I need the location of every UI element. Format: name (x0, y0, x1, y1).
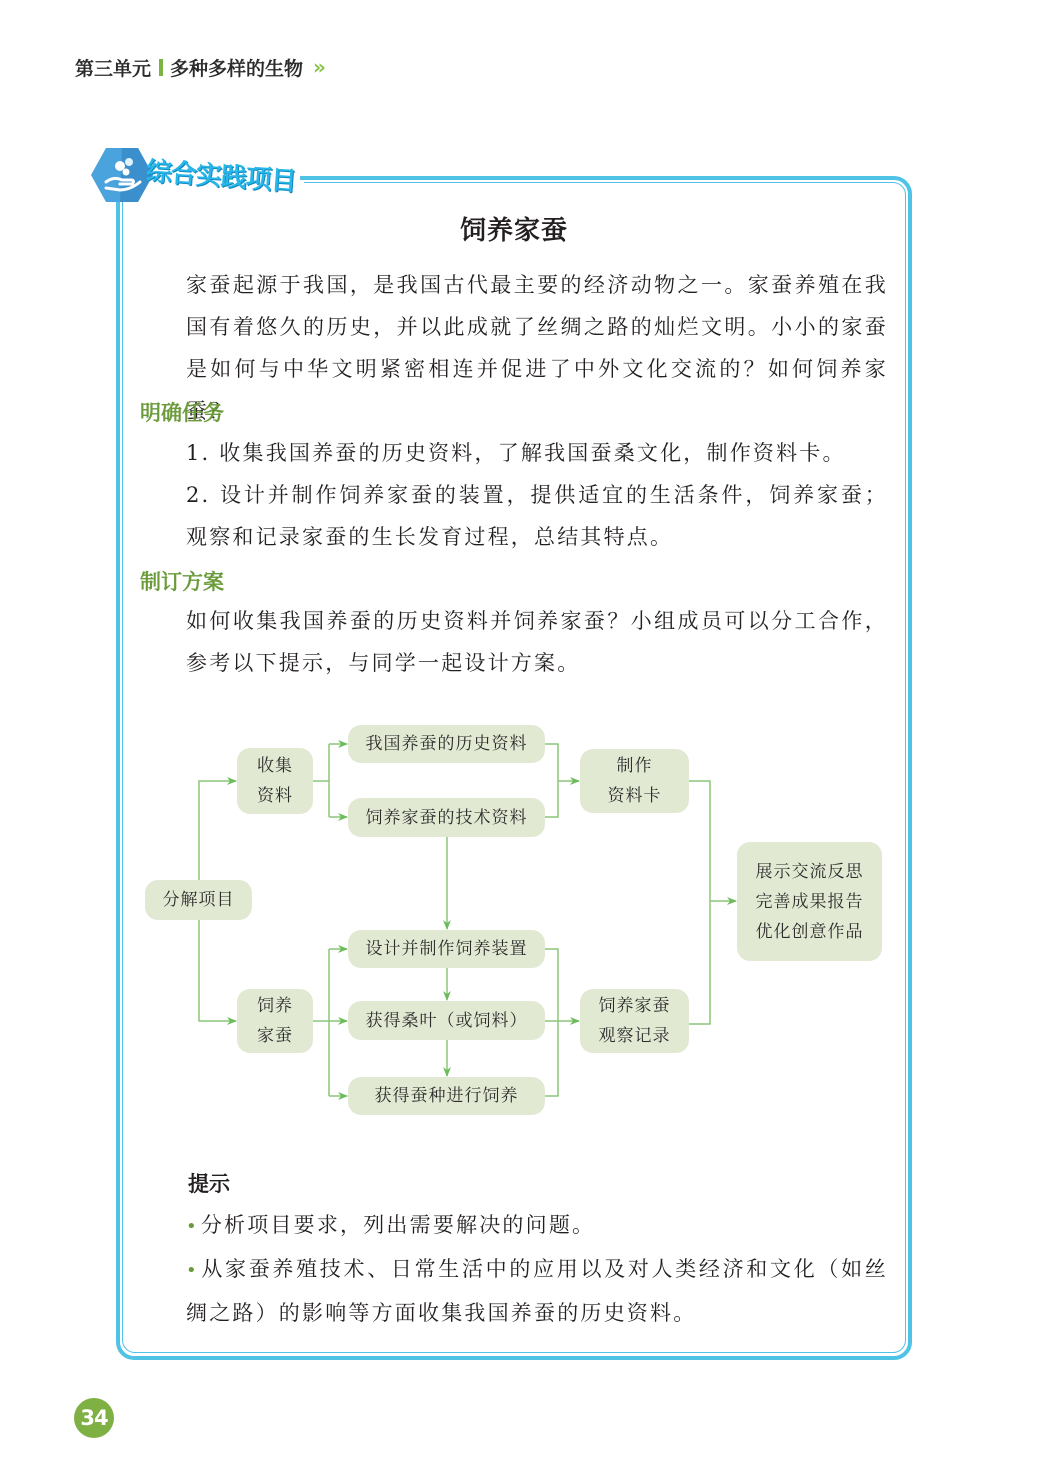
hints-heading: 提示 (188, 1168, 230, 1198)
unit-topic: 多种多样的生物 (170, 54, 303, 81)
task-item-1: 1. 收集我国养蚕的历史资料，了解我国蚕桑文化，制作资料卡。 (140, 432, 888, 474)
node-history-materials: 我国养蚕的历史资料 (348, 725, 545, 763)
node-feed-silkworm: 饲养 家蚕 (237, 989, 313, 1053)
node-get-eggs: 获得蚕种进行饲养 (348, 1077, 545, 1115)
hint-item-2: •从家蚕养殖技术、日常生活中的应用以及对人类经济和文化（如丝绸之路）的影响等方面… (140, 1248, 888, 1334)
unit-label: 第三单元 (75, 54, 151, 81)
page-number-badge: 34 (74, 1398, 114, 1438)
intro-paragraph: 家蚕起源于我国，是我国古代最主要的经济动物之一。家蚕养殖在我国有着悠久的历史，并… (140, 264, 888, 432)
bullet-icon: • (186, 1260, 199, 1281)
node-get-leaves: 获得桑叶（或饲料） (348, 1001, 545, 1040)
node-collect-materials: 收集 资料 (237, 748, 313, 814)
node-observe-record: 饲养家蚕 观察记录 (580, 989, 689, 1053)
node-make-card: 制作 资料卡 (580, 749, 689, 813)
tasks-heading: 明确任务 (140, 397, 224, 427)
bullet-icon: • (186, 1216, 199, 1237)
hand-holding-plant-icon (90, 146, 154, 204)
plan-paragraph: 如何收集我国养蚕的历史资料并饲养家蚕？小组成员可以分工合作，参考以下提示，与同学… (140, 600, 888, 684)
running-header: 第三单元 多种多样的生物 » (75, 53, 322, 81)
hint-list: •分析项目要求，列出需要解决的问题。 •从家蚕养殖技术、日常生活中的应用以及对人… (140, 1204, 888, 1334)
node-present-reflect: 展示交流反思 完善成果报告 优化创意作品 (737, 842, 882, 961)
task-item-2: 2. 设计并制作饲养家蚕的装置，提供适宜的生活条件，饲养家蚕；观察和记录家蚕的生… (140, 474, 888, 558)
header-divider (159, 59, 163, 76)
hint-item-1: •分析项目要求，列出需要解决的问题。 (140, 1204, 888, 1248)
intro-text: 家蚕起源于我国，是我国古代最主要的经济动物之一。家蚕养殖在我国有着悠久的历史，并… (140, 264, 888, 432)
node-technique-materials: 饲养家蚕的技术资料 (348, 798, 545, 837)
page-title: 饲养家蚕 (0, 210, 1028, 247)
plan-heading: 制订方案 (140, 566, 224, 596)
plan-text: 如何收集我国养蚕的历史资料并饲养家蚕？小组成员可以分工合作，参考以下提示，与同学… (140, 600, 888, 684)
node-decompose-project: 分解项目 (145, 880, 252, 920)
task-list: 1. 收集我国养蚕的历史资料，了解我国蚕桑文化，制作资料卡。 2. 设计并制作饲… (140, 432, 888, 558)
double-chevron-right-icon: » (313, 55, 322, 79)
node-design-device: 设计并制作饲养装置 (348, 930, 545, 968)
